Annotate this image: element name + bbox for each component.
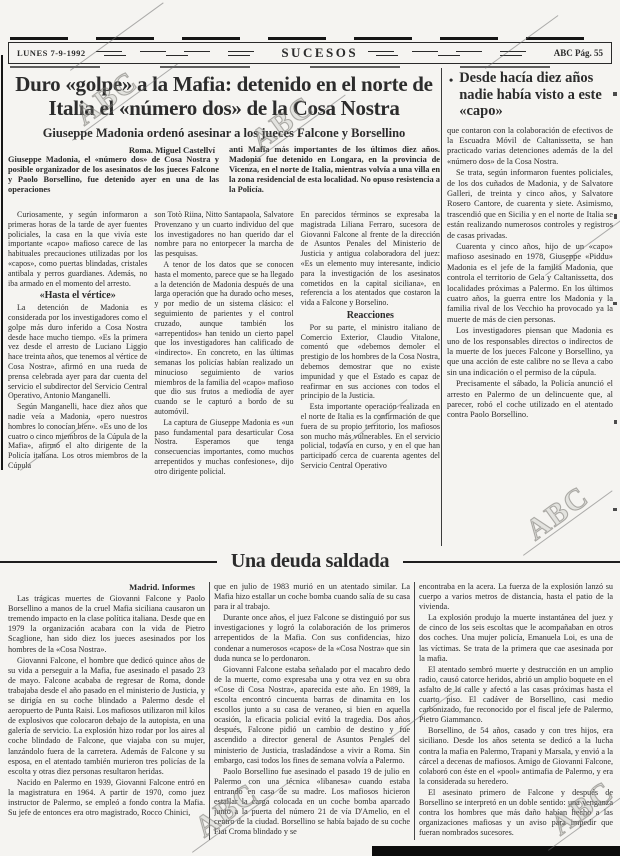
body-paragraph: que en julio de 1983 murió en un atentad… (214, 582, 410, 612)
scan-edge-line (1, 55, 3, 470)
body-paragraph: Esta importante operación realizada en e… (301, 402, 440, 471)
body-paragraph: encontraba en la acera. La fuerza de la … (419, 582, 613, 612)
body-paragraph: Por su parte, el ministro italiano de Co… (301, 323, 440, 401)
crosshead-reacciones: Reacciones (301, 311, 440, 321)
bullet-icon: • (447, 70, 459, 120)
article1-column-2: son Totò Riina, Nitto Santapaola, Salvat… (154, 210, 293, 546)
body-paragraph: que contaron con la colaboración de efec… (447, 126, 613, 168)
subheadline: Giuseppe Madonia ordenó asesinar a los j… (8, 126, 440, 141)
article1-column-3: En parecidos términos se expresaba la ma… (301, 210, 440, 546)
body-paragraph: Precisamente el sábado, la Policía anunc… (447, 379, 613, 421)
body-paragraph: En parecidos términos se expresaba la ma… (301, 210, 440, 308)
body-paragraph: Curiosamente, y según informaron a prime… (8, 210, 147, 288)
scan-speck (613, 92, 617, 96)
crosshead-vertice: «Hasta el vértice» (8, 291, 147, 301)
article2-header-row: Una deuda saldada (0, 550, 620, 573)
scan-speck (614, 420, 617, 424)
column-rule-2 (414, 582, 415, 840)
column-rule-1 (209, 582, 210, 840)
broken-rule-top (10, 37, 610, 40)
body-paragraph: Cuarenta y cinco años, hijo de un «capo»… (447, 242, 613, 325)
date-label: LUNES 7-9-1992 (17, 48, 86, 58)
body-paragraph: Giovanni Falcone estaba señalado por el … (214, 665, 410, 766)
body-paragraph: La explosión produjo la muerte instantán… (419, 613, 613, 663)
body-paragraph: son Totò Riina, Nitto Santapaola, Salvat… (154, 210, 293, 259)
column-rule-sidebar (441, 68, 442, 546)
scan-speck (614, 214, 617, 219)
lead-text-1: Giuseppe Madonia, el «número dos» de Cos… (8, 155, 219, 194)
byline: Roma. Miguel Castellví (8, 145, 219, 155)
article2-column-2: que en julio de 1983 murió en un atentad… (214, 582, 410, 844)
article2-column-1: Madrid. Informes Las trágicas muertes de… (8, 582, 205, 844)
article1-body: Curiosamente, y según informaron a prime… (8, 210, 440, 546)
body-paragraph: El atentado sembró muerte y destrucción … (419, 665, 613, 726)
body-paragraph: Giovanni Falcone, el hombre que dedicó q… (8, 656, 205, 777)
scan-speck (613, 508, 617, 511)
divider-dashes-left (96, 51, 272, 56)
headline-rule-right (403, 561, 620, 563)
section-title: SUCESOS (281, 45, 358, 61)
masthead: LUNES 7-9-1992 SUCESOS ABC Pág. 55 (8, 42, 612, 64)
article2-headline: Una deuda saldada (231, 550, 389, 573)
page-number: ABC Pág. 55 (554, 48, 603, 58)
dateline: Madrid. Informes (8, 582, 205, 592)
sidebar-article: • Desde hacía diez años nadie había vist… (447, 70, 613, 538)
scan-bottom-bar (372, 846, 620, 856)
sidebar-headline: • Desde hacía diez años nadie había vist… (447, 70, 613, 120)
article1-column-1: Curiosamente, y según informaron a prime… (8, 210, 147, 546)
broken-rule-bottom (10, 66, 610, 68)
body-paragraph: La captura de Giuseppe Madonia es «un pa… (154, 418, 293, 477)
body-paragraph: Borsellino, de 54 años, casado y con tre… (419, 726, 613, 787)
body-paragraph: Según Manganelli, hace diez años que nad… (8, 402, 147, 471)
main-headline: Duro «golpe» a la Mafia: detenido en el … (8, 72, 440, 120)
body-paragraph: A tenor de los datos que se conocen hast… (154, 260, 293, 417)
sidebar-body: que contaron con la colaboración de efec… (447, 126, 613, 421)
body-paragraph: El asesinato primero de Falcone y despué… (419, 788, 613, 838)
scan-speck (613, 302, 617, 305)
body-paragraph: Nacido en Palermo en 1939, Giovanni Falc… (8, 778, 205, 818)
body-paragraph: Los investigadores piensan que Madonia e… (447, 326, 613, 378)
body-paragraph: Se trata, según informaron fuentes polic… (447, 168, 613, 241)
divider-dashes-right (368, 51, 544, 56)
body-paragraph: La detención de Madonia es considerada p… (8, 303, 147, 401)
article2-column-3: encontraba en la acera. La fuerza de la … (419, 582, 613, 844)
lead-paragraph: Roma. Miguel Castellví Giuseppe Madonia,… (8, 145, 440, 195)
sidebar-headline-text: Desde hacía diez años nadie había visto … (459, 70, 613, 120)
headline-rule-left (0, 561, 217, 563)
body-paragraph: Paolo Borsellino fue asesinado el pasado… (214, 767, 410, 838)
newspaper-page: LUNES 7-9-1992 SUCESOS ABC Pág. 55 Duro … (0, 0, 620, 856)
body-paragraph: Las trágicas muertes de Giovanni Falcone… (8, 594, 205, 655)
lead-column-2: anti Mafia más importantes de los último… (229, 145, 440, 195)
lead-column-1: Roma. Miguel Castellví Giuseppe Madonia,… (8, 145, 219, 195)
body-paragraph: Durante once años, el juez Falcone se di… (214, 613, 410, 663)
lead-text-2: anti Mafia más importantes de los último… (229, 145, 440, 194)
